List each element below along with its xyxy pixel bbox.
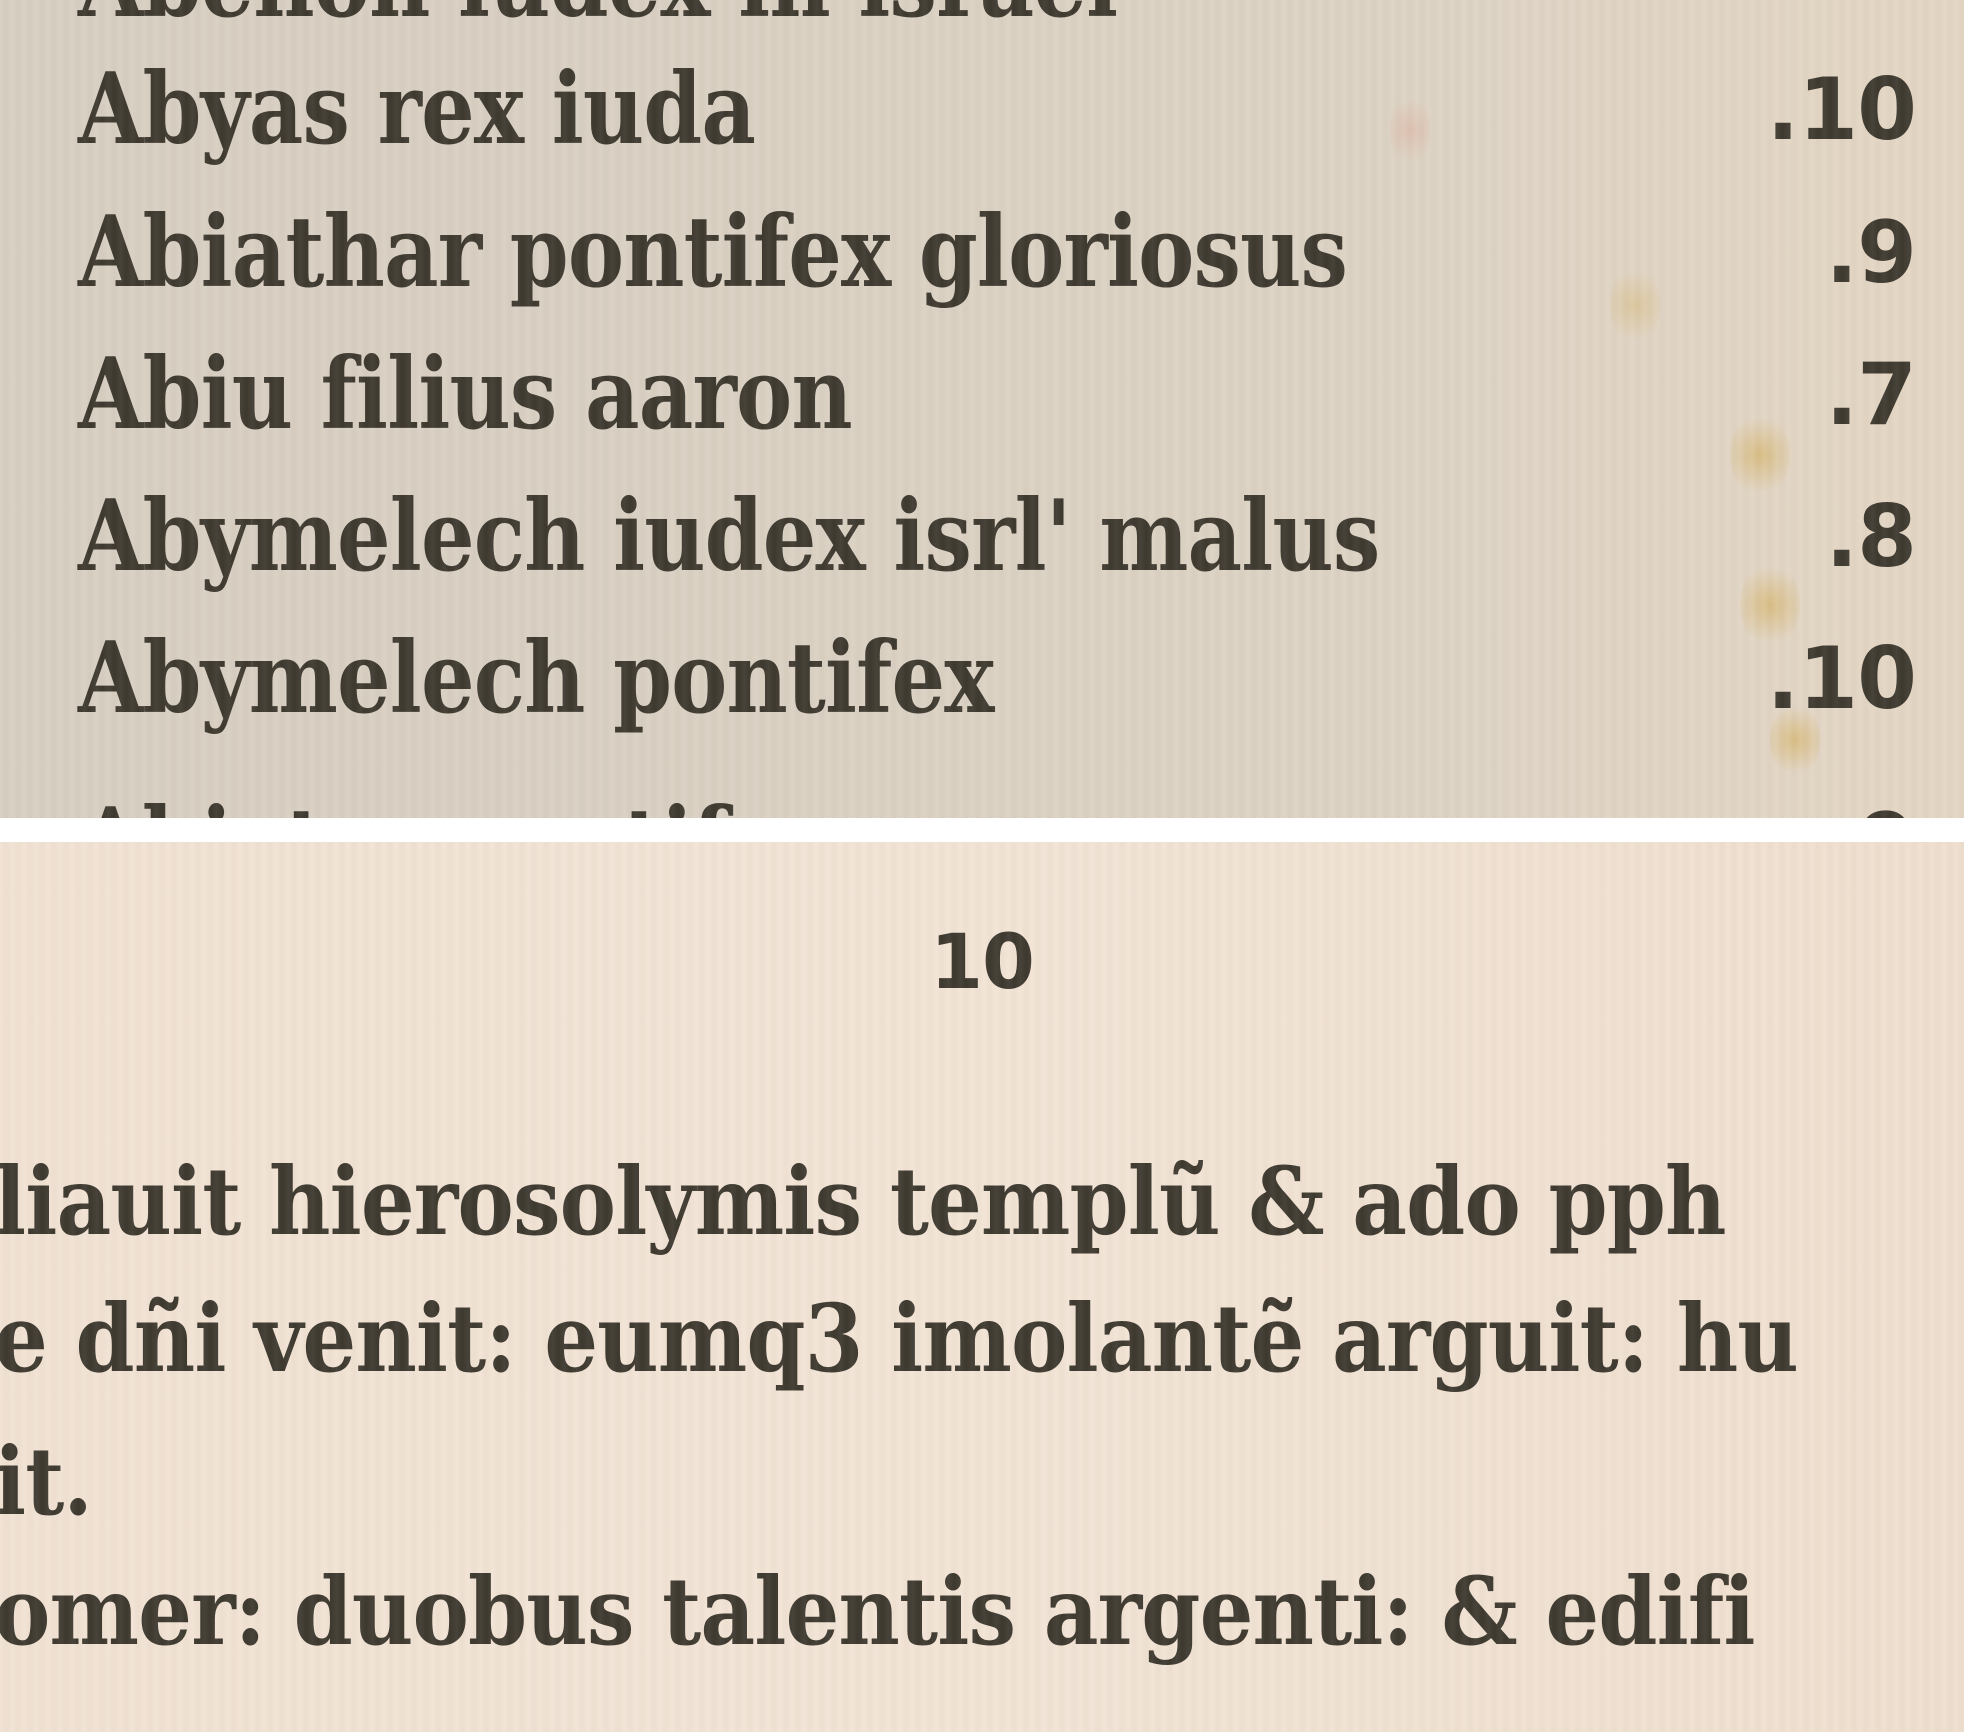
body-text-line: e dñi venit: eumq3 imolantẽ arguit: hu bbox=[0, 1274, 1798, 1404]
body-text-line: liauit hierosolymis templũ & ado pph bbox=[0, 1137, 1726, 1267]
index-partial-bottom-page: 9 bbox=[1857, 770, 1916, 818]
paper-stain bbox=[1390, 90, 1430, 170]
paper-stain bbox=[1610, 260, 1660, 350]
index-term: Abiathar pontifex gloriosus bbox=[78, 178, 1347, 328]
index-partial-bottom-line: Abiatar pontifex bbox=[78, 770, 830, 818]
body-page-crop: 10 liauit hierosolymis templũ & ado pph … bbox=[0, 842, 1964, 1732]
index-page-number: .8 bbox=[1825, 462, 1916, 612]
index-page-number: .10 bbox=[1767, 35, 1916, 185]
paper-stain bbox=[1770, 700, 1820, 780]
index-term: Abyas rex iuda bbox=[78, 35, 755, 185]
index-term: Abymelech iudex isrl' malus bbox=[78, 462, 1379, 612]
index-entry: Abymelech iudex isrl' malus .8 bbox=[78, 462, 1924, 612]
folio-number: 10 bbox=[0, 912, 1964, 1012]
body-text-line: omer: duobus talentis argenti: & edifi bbox=[0, 1547, 1755, 1677]
index-entry: Abymelech pontifex .10 bbox=[78, 604, 1924, 754]
index-page-crop: Abenon iudex in israel Abyas rex iuda .1… bbox=[0, 0, 1964, 818]
index-term: Abymelech pontifex bbox=[78, 604, 994, 754]
index-page-number: .7 bbox=[1825, 320, 1916, 470]
paper-stain bbox=[1740, 560, 1800, 650]
index-page-number: .9 bbox=[1825, 178, 1916, 328]
index-term: Abiu filius aaron bbox=[78, 320, 852, 470]
index-entry: Abyas rex iuda .10 bbox=[78, 35, 1924, 185]
body-text-line: it. bbox=[0, 1417, 92, 1547]
paper-stain bbox=[1730, 410, 1790, 500]
